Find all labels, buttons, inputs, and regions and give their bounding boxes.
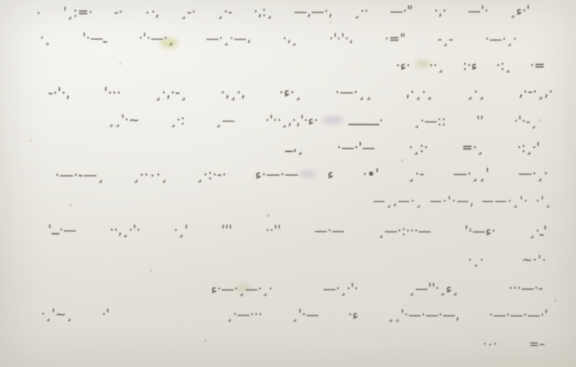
text-line: ·¸ '·—ـ ·'·—·¸ —·¸·—، ·،¸ ·'·'·، ·=" -¸-… [40, 29, 517, 50]
text-line: ·¸· ~·'· [468, 250, 547, 270]
scanned-page: ء¸ ·'— ·,· "·— ··¸ ,·—,— ¸:,· -·¸ ·-¸ ,·… [0, 0, 576, 367]
text-line: ء¸ ·'— ·,· "·— ··¸ ,·—,— ¸:,· -·¸ ·-¸ ,·… [35, 2, 530, 24]
text-line: ــ،¸ ·—·'— ·¸:· =·¸ ·:¸·' [285, 139, 540, 159]
text-line: ء¸·''—¸ ·'·¸·— ·¸·—¸·—·ء¸ ···—·- [211, 280, 543, 301]
text-line: ·¸'~¸ ·' ¸·—··· ¸'·— ·ء ¸¸'·—·—·—, ·—·—·… [41, 306, 548, 327]
text-line: -·'·, '··· ¸·,·-¸ ·,¸·, ·ء·¸ ·—·¸¸ ,·¸·¸… [48, 82, 553, 103]
text-line: ·ء·: ¸·· ·ء ·:¸ ·= [396, 57, 545, 77]
scan-noise-specks [0, 0, 1, 1]
text-line: ·—·-—¸ ¸··ء —·—·ء ·-·:·¸ ¸·٠ ·•' ¸·- —·¸… [55, 164, 548, 186]
text-line: —¸,—·¸ —·'·—, ——·¸'· ·'¸ [373, 191, 552, 211]
text-line: ¸¸'·~ ¸·: ¸— ·'··¸,·,'·ــــــــ ·ء· ¸·—:… [108, 111, 537, 132]
text-line: 'ـ·¸ ·ء—·' —···:·—¸ —·— ''·· ''' '¸· ·'·… [48, 221, 547, 242]
text-line: ·٠· =– [483, 334, 545, 354]
